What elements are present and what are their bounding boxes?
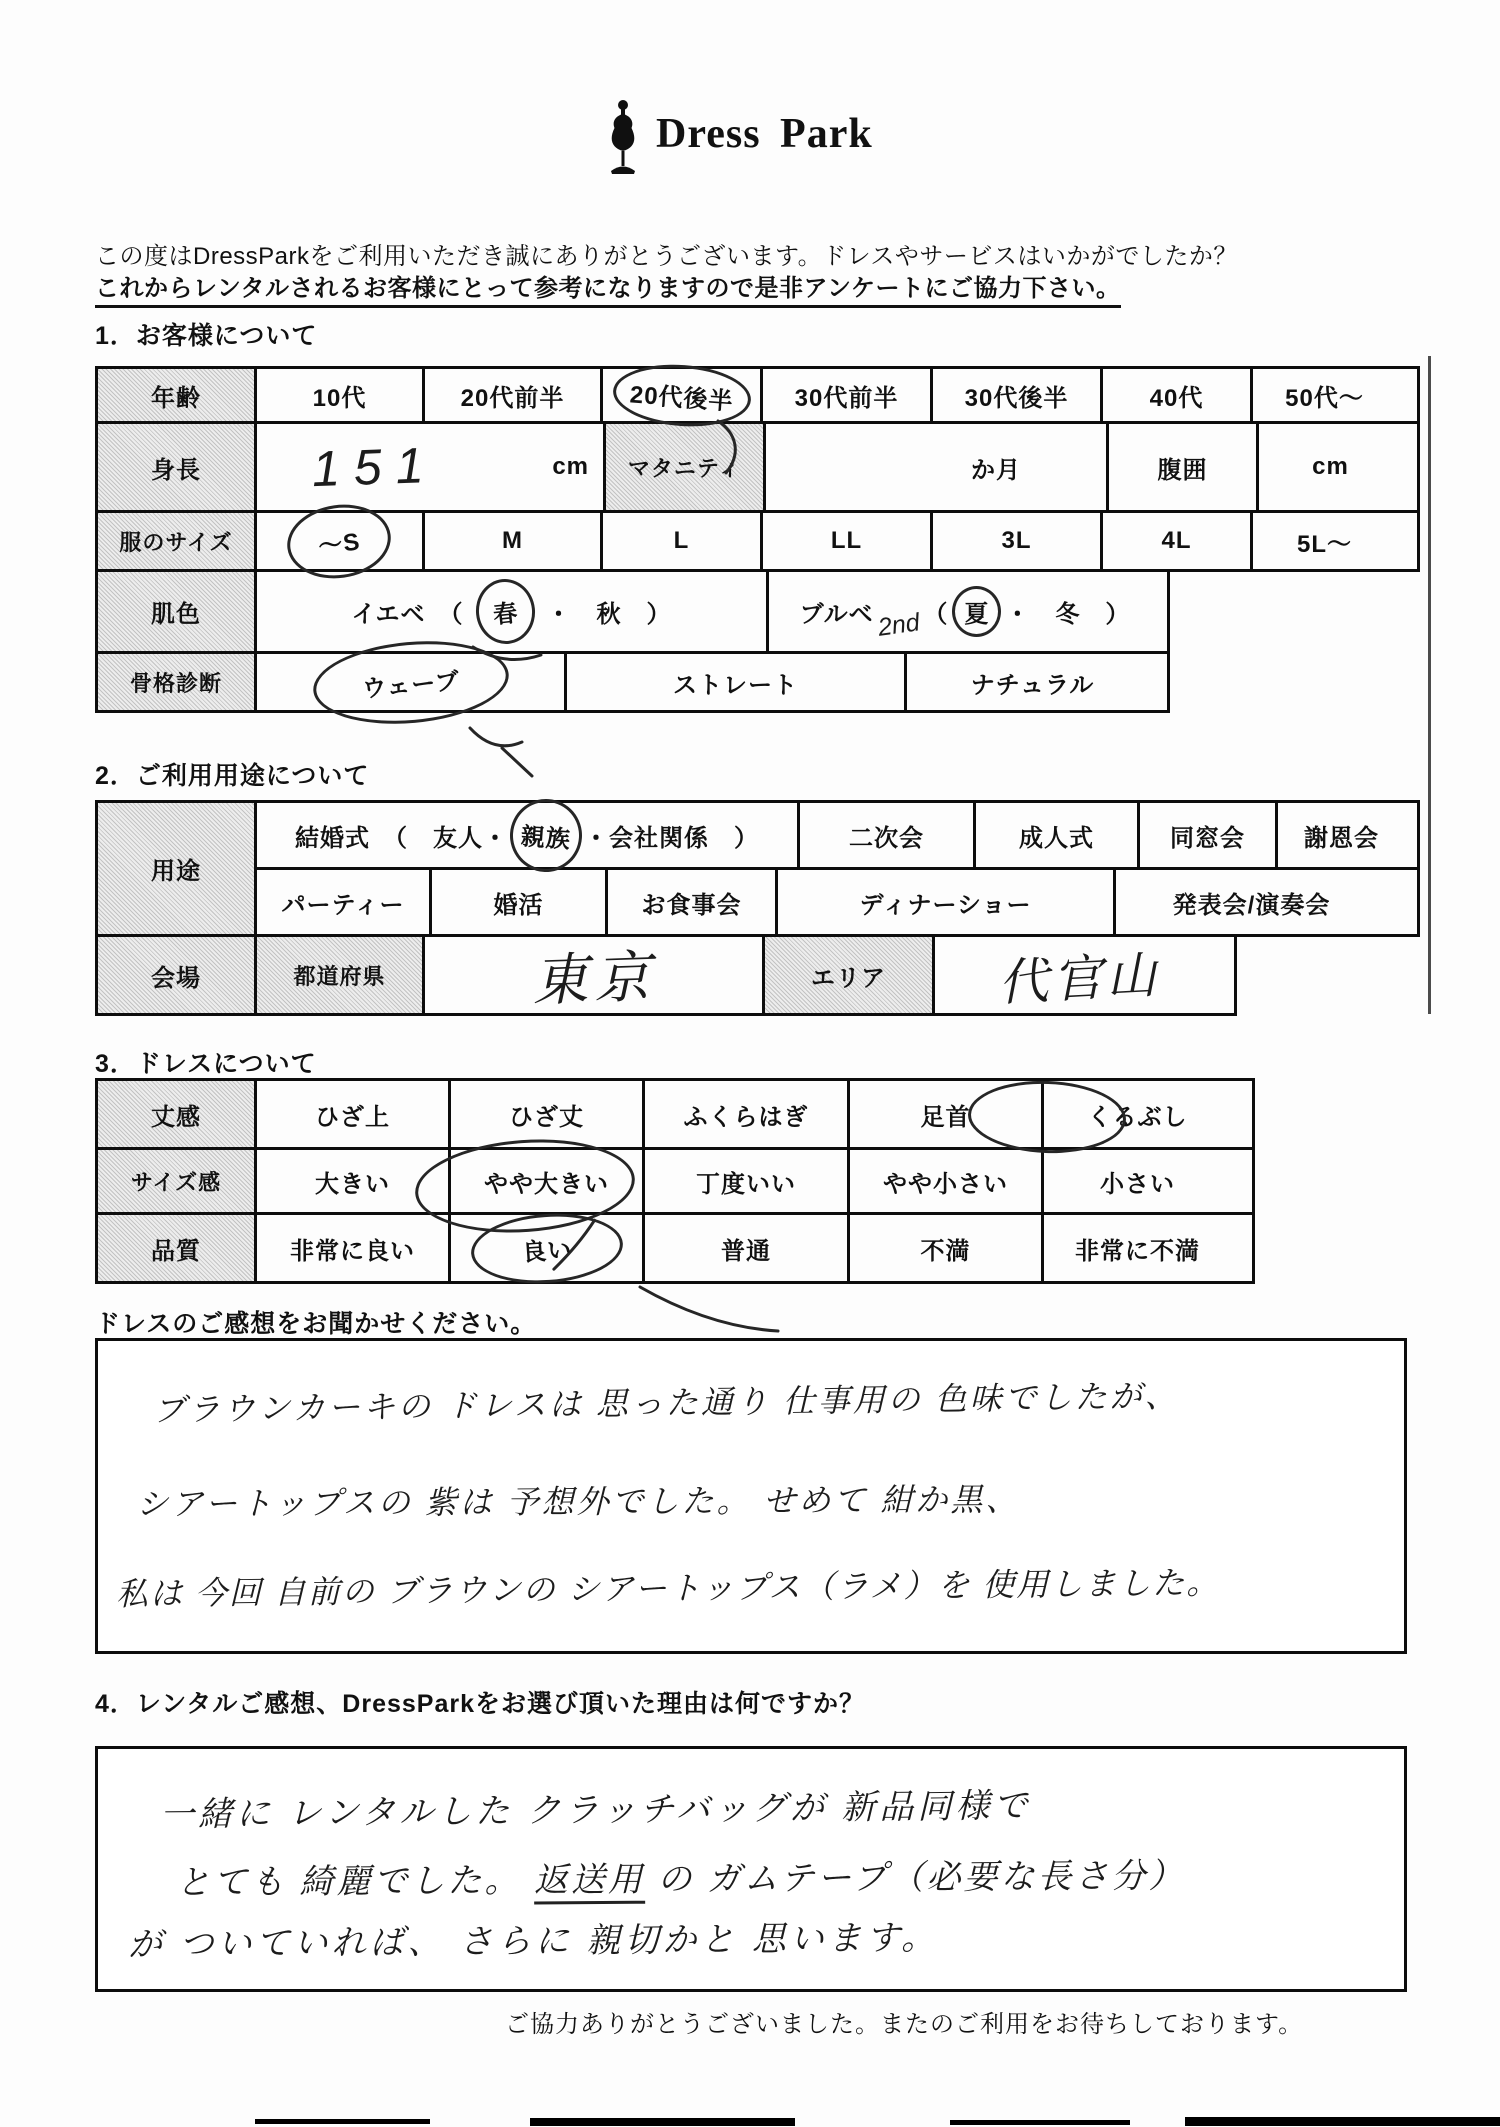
customer-table: 年齢 10代 20代前半 20代後半 30代前半 30代後半 40代 50代～ … [95, 366, 1420, 713]
purpose-options: 結婚式 （ 友人・ 親族 ・会社関係 ） 二次会 成人式 同窓会 謝恩会 パーテ… [254, 803, 1417, 934]
age-option-cell: 40代 [1100, 369, 1250, 421]
skin-yellow-cell: イエベ （ 春 ・ 秋 ） [254, 572, 766, 651]
age-option-cell: 30代後半 [930, 369, 1100, 421]
age-option: 20代後半 [629, 374, 735, 416]
dress-table: 丈感 ひざ上 ひざ丈 ふくらはぎ 足首 くるぶし サイズ感 大きい やや大きい [95, 1078, 1255, 1284]
purpose-label-cell: 用途 [98, 803, 254, 934]
venue-label-cell: 会場 [98, 937, 254, 1013]
brand-logo: Dress Park [600, 98, 873, 176]
section2-title: 2．ご利用用途について [95, 756, 369, 792]
dress-form-icon [600, 98, 646, 176]
skin-spring-option: 春 [491, 593, 520, 630]
waist-label-cell: 腹囲 [1106, 424, 1256, 510]
skin-blue-cell: ブルベ 2nd （ 夏 ・ 冬 ） [766, 572, 1161, 651]
fit-option-cell: 小さい [1041, 1150, 1231, 1212]
purpose-option-cell: ディナーショー [775, 870, 1113, 934]
purpose-option-cell: 同窓会 [1137, 803, 1275, 867]
waist-unit-cell: cm [1256, 424, 1402, 510]
section1-title: 1．お客様について [95, 316, 317, 352]
pen-tail-mark [466, 718, 542, 784]
wedding-cell: 結婚式 （ 友人・ 親族 ・会社関係 ） [257, 803, 797, 867]
size-option-cell-selected: ～S [254, 513, 422, 569]
age-selection-circle: 20代後半 [611, 360, 753, 430]
age-row: 年齢 10代 20代前半 20代後半 30代前半 30代後半 40代 50代～ [95, 366, 1420, 424]
height-handwritten-value: 151 [311, 436, 438, 498]
dress-comment-box: ブラウンカーキの ドレスは 思った通り 仕事用の 色味でしたが、 シアートップス… [95, 1338, 1407, 1654]
venue-row: 会場 都道府県 東京 エリア 代官山 [95, 934, 1237, 1016]
area-label-cell: エリア [762, 937, 932, 1013]
footer-thanks: ご協力ありがとうございました。またのご利用をお待ちしております。 [505, 2004, 1303, 2039]
bone-label: 骨格診断 [130, 667, 222, 698]
dress-comment-prompt: ドレスのご感想をお聞かせください。 [95, 1304, 536, 1340]
bone-label-cell: 骨格診断 [98, 654, 254, 710]
age-option-cell: 50代～ [1250, 369, 1396, 421]
wedding-selection-circle: 親族 [508, 796, 585, 874]
size-option: 3L [1001, 527, 1031, 555]
bone-option: ウェーブ [360, 660, 461, 703]
skin-blue-handwritten-note: 2nd [876, 608, 921, 643]
handwritten-comment-line: とても 綺麗でした。 返送用 の ガムテープ（必要な長さ分） [176, 1848, 1186, 1904]
venue-label: 会場 [151, 958, 201, 993]
prefecture-label-cell: 都道府県 [254, 937, 422, 1013]
fit-option: 大きい [315, 1164, 390, 1199]
skin-yellow-suffix: ・ 秋 ） [547, 594, 672, 629]
handwritten-segment: の ガムテープ（必要な長さ分） [657, 1857, 1185, 1899]
size-option-cell: 3L [930, 513, 1100, 569]
size-option: 4L [1161, 527, 1191, 555]
scan-artifact-bar [530, 2118, 795, 2126]
skin-blue-base: ブルベ [800, 594, 874, 629]
purpose-option-cell: 謝恩会 [1275, 803, 1405, 867]
wedding-suffix: ・会社関係 ） [584, 818, 759, 853]
age-option: 30代前半 [795, 378, 899, 413]
brand-name: Dress Park [656, 98, 873, 158]
length-label: 丈感 [151, 1097, 201, 1132]
purpose-option-cell: パーティー [257, 870, 429, 934]
area-label: エリア [811, 958, 886, 993]
bone-option-cell: ナチュラル [904, 654, 1158, 710]
skin-yellow-prefix: イエベ （ [351, 594, 463, 629]
size-option: LL [831, 527, 862, 555]
quality-option-cell: 非常に良い [254, 1215, 448, 1281]
scan-artifact-bar [1185, 2117, 1500, 2126]
area-value-cell: 代官山 [932, 937, 1222, 1013]
purpose-option-cell: お食事会 [605, 870, 775, 934]
bone-option: ストレート [673, 665, 798, 700]
height-unit: cm [552, 453, 589, 481]
purpose-option: ディナーショー [859, 885, 1031, 920]
scan-artifact-bar [950, 2120, 1130, 2125]
quality-label-cell: 品質 [98, 1215, 254, 1281]
purpose-option: 謝恩会 [1304, 818, 1379, 853]
prefecture-value-cell: 東京 [422, 937, 762, 1013]
intro-request: これからレンタルされるお客様にとって参考になりますので是非アンケートにご協力下さ… [95, 268, 1121, 303]
maternity-months-cell: か月 [763, 424, 1106, 510]
size-label: 服のサイズ [119, 526, 232, 557]
size-option-cell: 4L [1100, 513, 1250, 569]
purpose-label: 用途 [151, 851, 201, 886]
handwritten-comment-line: ブラウンカーキの ドレスは 思った通り 仕事用の 色味でしたが、 [153, 1371, 1180, 1431]
length-option-cell: ひざ丈 [448, 1081, 642, 1147]
purpose-option-cell: 発表会/演奏会 [1113, 870, 1387, 934]
survey-scan-page: Dress Park この度はDressParkをご利用いただき誠にありがとうご… [0, 0, 1500, 2127]
wedding-prefix: 結婚式 （ 友人・ [295, 818, 508, 853]
length-option: 足首 [921, 1097, 971, 1132]
size-option-cell: L [600, 513, 760, 569]
purpose-option-cell: 二次会 [797, 803, 973, 867]
quality-option: 普通 [721, 1231, 771, 1266]
size-row: 服のサイズ ～S M L LL 3L 4L 5L～ [95, 510, 1420, 572]
quality-option-cell: 非常に不満 [1041, 1215, 1231, 1281]
waist-unit: cm [1312, 453, 1349, 481]
fit-label-cell: サイズ感 [98, 1150, 254, 1212]
quality-label: 品質 [151, 1231, 201, 1266]
skin-summer-circle: 夏 [952, 586, 1001, 637]
size-option: ～S [316, 521, 362, 562]
purpose-row-1: 結婚式 （ 友人・ 親族 ・会社関係 ） 二次会 成人式 同窓会 謝恩会 [257, 803, 1417, 867]
purpose-option: 発表会/演奏会 [1173, 885, 1331, 920]
skin-spring-circle: 春 [472, 576, 537, 647]
skin-blue-open-paren: （ [923, 594, 948, 629]
purpose-row-2: パーティー 婚活 お食事会 ディナーショー 発表会/演奏会 [257, 867, 1417, 934]
fit-option: 丁度いい [696, 1164, 796, 1199]
height-value-cell: 151 cm [254, 424, 603, 510]
purpose-option-cell: 成人式 [973, 803, 1137, 867]
intro-request-text: これからレンタルされるお客様にとって参考になりますので是非アンケートにご協力下さ… [95, 275, 1121, 308]
height-label: 身長 [151, 450, 201, 485]
waist-label: 腹囲 [1158, 450, 1208, 485]
size-option-cell: 5L～ [1250, 513, 1396, 569]
quality-option: 良い [520, 1229, 572, 1267]
quality-option-cell: 普通 [642, 1215, 847, 1281]
fit-option-cell: 丁度いい [642, 1150, 847, 1212]
fit-label: サイズ感 [131, 1166, 221, 1197]
age-option: 30代後半 [965, 378, 1069, 413]
age-option: 20代前半 [461, 378, 565, 413]
age-option: 40代 [1150, 378, 1204, 413]
age-option-cell-selected: 20代後半 [600, 369, 760, 421]
wedding-selected-option: 親族 [520, 816, 572, 854]
section4-title: 4．レンタルご感想、DressParkをお選び頂いた理由は何ですか？ [95, 1684, 865, 1720]
age-label-cell: 年齢 [98, 369, 254, 421]
skin-row: 肌色 イエベ （ 春 ・ 秋 ） ブルベ 2nd （ 夏 ・ 冬 ） [95, 569, 1170, 654]
bone-option-cell: ストレート [564, 654, 904, 710]
size-option-cell: M [422, 513, 600, 569]
age-option-cell: 10代 [254, 369, 422, 421]
length-option: ひざ丈 [509, 1097, 584, 1132]
quality-row: 品質 非常に良い 良い 普通 不満 非常に不満 [95, 1212, 1255, 1284]
size-option: M [502, 527, 523, 555]
length-option-cell: ひざ上 [254, 1081, 448, 1147]
handwritten-segment: とても 綺麗でした。 [176, 1862, 522, 1902]
area-handwritten-value: 代官山 [996, 935, 1162, 1015]
length-option-cell: ふくらはぎ [642, 1081, 847, 1147]
bone-row: 骨格診断 ウェーブ ストレート ナチュラル [95, 651, 1170, 713]
handwritten-comment-line: 私は 今回 自前の ブラウンの シアートップス（ラメ）を 使用しました。 [116, 1557, 1221, 1615]
fit-option-cell-selected: 大きい [254, 1150, 448, 1212]
fit-row: サイズ感 大きい やや大きい 丁度いい やや小さい 小さい [95, 1147, 1255, 1215]
quality-option: 非常に不満 [1075, 1231, 1200, 1266]
bone-option-cell-selected: ウェーブ [254, 654, 564, 710]
height-label-cell: 身長 [98, 424, 254, 510]
scan-artifact-bar [255, 2119, 430, 2124]
rental-comment-box: 一緒に レンタルした クラッチバッグが 新品同様で とても 綺麗でした。 返送用… [95, 1746, 1407, 1992]
prefecture-label: 都道府県 [293, 960, 385, 991]
intro-greeting: この度はDressParkをご利用いただき誠にありがとうございます。ドレスやサー… [95, 236, 1238, 271]
purpose-option: 婚活 [494, 885, 544, 920]
size-label-cell: 服のサイズ [98, 513, 254, 569]
length-option: ひざ上 [315, 1097, 390, 1132]
length-option-cell-selected: 足首 [847, 1081, 1041, 1147]
months-label: か月 [971, 450, 1021, 485]
purpose-block: 用途 結婚式 （ 友人・ 親族 ・会社関係 ） 二次会 成人式 同窓会 謝恩会 [95, 800, 1420, 937]
age-option-cell: 30代前半 [760, 369, 930, 421]
length-label-cell: 丈感 [98, 1081, 254, 1147]
scan-artifact-line [1428, 356, 1431, 1014]
prefecture-handwritten-value: 東京 [530, 933, 657, 1017]
age-label: 年齢 [151, 378, 201, 413]
purpose-option-cell: 婚活 [429, 870, 605, 934]
length-row: 丈感 ひざ上 ひざ丈 ふくらはぎ 足首 くるぶし [95, 1078, 1255, 1150]
size-option: 5L～ [1297, 524, 1352, 559]
quality-option: 不満 [921, 1231, 971, 1266]
size-option-cell: LL [760, 513, 930, 569]
maternity-cell: マタニティ [603, 424, 763, 510]
fit-option: やや小さい [883, 1164, 1008, 1199]
handwritten-comment-line: シアートップスの 紫は 予想外でした。 せめて 紺か黒、 [136, 1474, 1021, 1525]
handwritten-comment-line: 一緒に レンタルした クラッチバッグが 新品同様で [160, 1778, 1032, 1836]
usage-table: 用途 結婚式 （ 友人・ 親族 ・会社関係 ） 二次会 成人式 同窓会 謝恩会 [95, 800, 1420, 1016]
age-option: 50代～ [1285, 378, 1364, 413]
quality-option: 非常に良い [290, 1231, 415, 1266]
purpose-option: パーティー [281, 885, 404, 920]
quality-option-cell: 不満 [847, 1215, 1041, 1281]
skin-summer-option: 夏 [964, 594, 989, 629]
bone-option: ナチュラル [971, 665, 1095, 700]
age-option-cell: 20代前半 [422, 369, 600, 421]
fit-option: 小さい [1100, 1164, 1175, 1199]
fit-option-cell: やや小さい [847, 1150, 1041, 1212]
purpose-option: 成人式 [1019, 818, 1094, 853]
skin-label: 肌色 [151, 594, 201, 629]
purpose-option: 同窓会 [1170, 818, 1245, 853]
size-option: L [674, 527, 690, 555]
skin-label-cell: 肌色 [98, 572, 254, 651]
handwritten-underlined-segment: 返送用 [534, 1861, 645, 1905]
handwritten-comment-line: が ついていれば、 さらに 親切かと 思います。 [128, 1910, 939, 1966]
length-option: ふくらはぎ [684, 1097, 809, 1132]
maternity-label: マタニティ [628, 452, 741, 483]
purpose-option: お食事会 [642, 885, 742, 920]
skin-blue-suffix: ・ 冬 ） [1005, 594, 1130, 629]
height-row: 身長 151 cm マタニティ か月 腹囲 cm [95, 421, 1420, 513]
section3-title: 3．ドレスについて [95, 1044, 317, 1080]
age-option: 10代 [313, 378, 367, 413]
purpose-option: 二次会 [849, 818, 924, 853]
